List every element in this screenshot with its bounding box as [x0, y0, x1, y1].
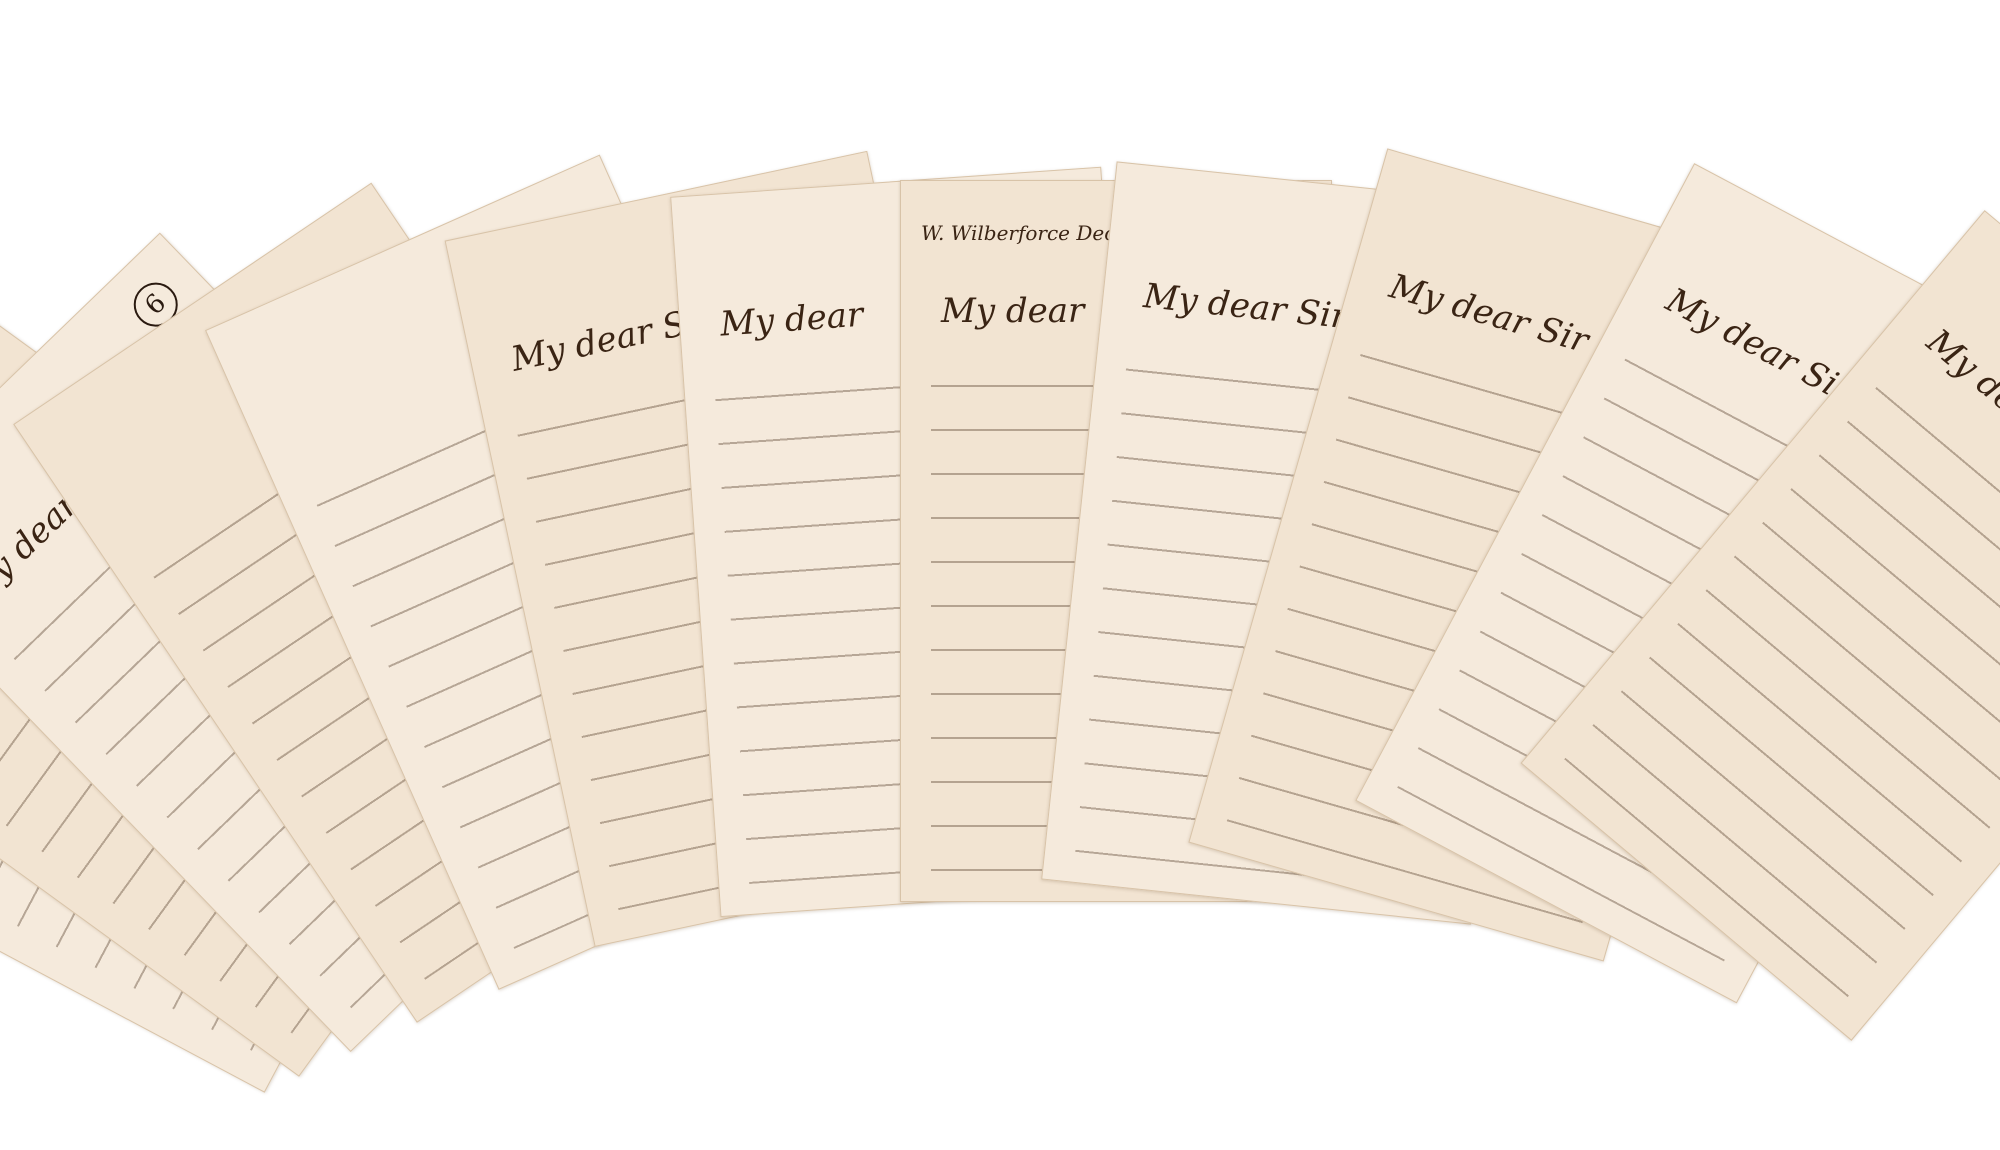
- letters-photo: My dear SirMy dear SirMy dear Sir6My dea…: [0, 0, 2000, 1150]
- salutation: My dear: [719, 295, 865, 345]
- salutation: My dear: [941, 291, 1084, 331]
- salutation: My dear Sir: [1142, 276, 1350, 337]
